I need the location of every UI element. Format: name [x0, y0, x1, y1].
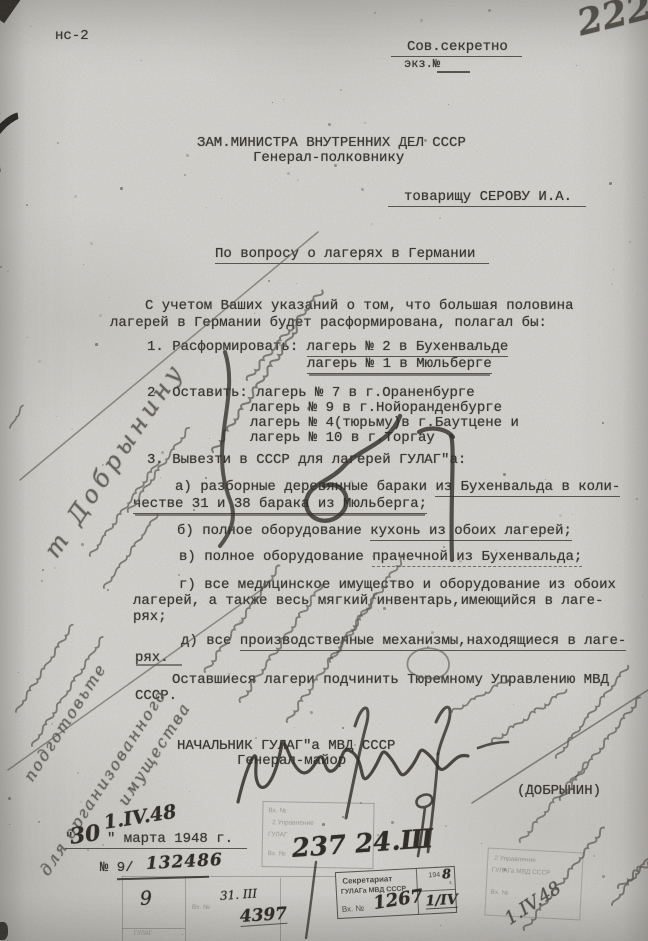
- dust-speck: [272, 102, 273, 103]
- dust-speck: [87, 849, 89, 851]
- secretariat-incoming-stamp: Секретариат ГУЛАГа МВД СССР Вх. № 194 8 …: [335, 866, 457, 919]
- item3a-line-1: а) разборные деревянные бараки из Бухенв…: [175, 480, 620, 495]
- corner-artifact-bottom-left: [0, 922, 8, 940]
- stamp-year-suffix: г.: [449, 880, 452, 886]
- dust-speck: [297, 179, 299, 181]
- dust-speck: [83, 264, 84, 265]
- outgoing-number-prefix: № 9/: [100, 861, 134, 876]
- item3b-prefix: б) полное оборудование: [177, 523, 370, 539]
- dust-speck: [477, 151, 478, 152]
- dust-speck: [374, 12, 376, 14]
- dust-speck: [8, 797, 11, 800]
- recipient-line-1: ЗАМ.МИНИСТРА ВНУТРЕННИХ ДЕЛ СССР: [197, 136, 466, 151]
- dust-speck: [209, 438, 210, 439]
- dust-speck: [38, 821, 40, 823]
- handwritten-margin-word-1: подготовьте: [21, 661, 109, 785]
- item3d-line-1: д) все производственные механизмы,находя…: [181, 634, 626, 649]
- dust-speck: [445, 825, 447, 827]
- dust-speck: [283, 99, 284, 100]
- handwritten-reg-number: 132486: [146, 852, 224, 873]
- dust-speck: [642, 595, 643, 596]
- form-code: нс-2: [55, 29, 89, 44]
- dust-speck: [221, 198, 222, 199]
- classification-text: Сов.секретно: [391, 39, 522, 57]
- dust-speck: [611, 283, 613, 285]
- faint-stamp-line-1: Вх. №: [268, 807, 286, 814]
- signer-name: (ДОБРЫНИН): [517, 784, 601, 799]
- faint-stamp-line-4: Вх. №: [268, 850, 286, 857]
- item3a-line2-text: честве 31 и 38 барака из Мюльберга;: [133, 496, 427, 514]
- dust-speck: [141, 60, 142, 61]
- dust-speck: [427, 765, 428, 766]
- item3a-line-2: честве 31 и 38 барака из Мюльберга;: [133, 497, 427, 512]
- item1-line-1: 1. Расформировать: лагерь № 2 в Бухенвал…: [147, 340, 508, 355]
- right-faint-stamp: 2 Управление ГУЛАГа МВД СССР Вх. №: [484, 848, 583, 921]
- dust-speck: [609, 182, 612, 185]
- dust-speck: [448, 104, 449, 105]
- recipient-line-2: Генерал-полковнику: [253, 151, 404, 166]
- dust-speck: [57, 142, 59, 144]
- dust-speck: [18, 672, 19, 673]
- dust-speck: [42, 569, 44, 571]
- dust-speck: [69, 3, 70, 4]
- dust-speck: [38, 360, 41, 363]
- dust-speck: [513, 704, 514, 705]
- dust-speck: [31, 26, 32, 27]
- faint-stamp-line-3: ГУЛАГ: [268, 831, 288, 838]
- dust-speck: [440, 925, 441, 926]
- item3a-underlined: из Бухенвальда в коли-: [435, 479, 620, 497]
- dust-speck: [328, 123, 331, 126]
- signer-title-1: НАЧАЛЬНИК ГУЛАГ"а МВД СССР: [177, 739, 395, 754]
- dust-speck: [54, 567, 56, 569]
- right-stamp-line-1: 2 Управление: [494, 855, 536, 864]
- item2-line-4: лагерь № 10 в г.Торгау: [250, 431, 435, 446]
- right-stamp-line-3: Вх. №: [490, 889, 508, 897]
- dust-speck: [439, 217, 441, 219]
- dust-speck: [109, 297, 110, 298]
- table-handwritten-9: 9: [139, 889, 152, 909]
- table-handwritten-number: 4397: [239, 906, 287, 927]
- dust-speck: [120, 187, 123, 190]
- scan-edge-artifact: [0, 102, 46, 182]
- item1-line-2: лагерь № 1 в Мюльберге: [307, 357, 492, 372]
- item3b-underlined: кухонь из обоих лагерей;: [370, 523, 572, 541]
- dust-speck: [644, 197, 645, 198]
- item3g-line-2: лагерей, а также весь мягкий инвентарь,и…: [133, 594, 603, 609]
- stamp-date-handwritten: 1/IV: [425, 893, 458, 910]
- stamp-year-label: 194: [428, 872, 440, 880]
- corner-artifact-top-left: [0, 0, 20, 23]
- intro-line-2: лагерей в Германии будет расформирована,…: [110, 316, 547, 331]
- dust-speck: [56, 416, 57, 417]
- table-faint-label: Вх. №: [192, 904, 210, 911]
- dust-speck: [378, 610, 379, 611]
- item3d-underlined: производственные механизмы,находящиеся в…: [240, 633, 626, 651]
- item3a-prefix: а) разборные деревянные бараки: [175, 479, 435, 495]
- dust-speck: [371, 223, 373, 225]
- item3g-line-3: рях;: [133, 610, 167, 625]
- item3b-line: б) полное оборудование кухонь из обоих л…: [177, 524, 572, 539]
- dust-speck: [488, 9, 491, 12]
- dust-speck: [206, 207, 207, 208]
- dust-speck: [310, 711, 313, 714]
- dust-speck: [420, 19, 423, 22]
- item3g-line-1: г) все медицинское имущество и оборудова…: [179, 578, 616, 593]
- faint-stamp-line-2: 2 Управление: [272, 819, 314, 827]
- dust-speck: [268, 280, 270, 282]
- copy-number-blank-line: [437, 71, 470, 73]
- item3v-line: в) полное оборудование прачечной из Бухе…: [179, 550, 582, 565]
- dust-speck: [342, 727, 344, 729]
- dust-speck: [90, 242, 93, 245]
- dust-speck: [186, 154, 189, 157]
- dust-speck: [629, 241, 631, 243]
- dust-speck: [41, 580, 43, 582]
- item3-heading: 3. Вывезти в СССР для лагерей ГУЛАГ"а:: [147, 453, 466, 468]
- item3d-underline-extension: [136, 664, 182, 666]
- dust-speck: [239, 620, 242, 623]
- dust-speck: [160, 477, 161, 478]
- faint-incoming-stamp: Вх. № 2 Управление ГУЛАГ Вх. №: [261, 801, 374, 869]
- dust-speck: [71, 428, 73, 430]
- item1-camp-muhlberg: лагерь № 1 в Мюльберге: [307, 356, 492, 374]
- stamp-org-line-1: Секретариат: [342, 874, 392, 886]
- dust-speck: [0, 266, 2, 268]
- subject-line: По вопросу о лагерях в Германии: [215, 247, 489, 262]
- table-handwritten-date: 31. III: [220, 887, 258, 902]
- classification-label: Сов.секретно: [391, 40, 522, 55]
- dust-speck: [95, 343, 98, 346]
- dust-speck: [74, 195, 77, 198]
- dust-speck: [361, 188, 364, 191]
- registration-table-stamp: Вх. № ГУЛАГ 9 31. III 4397: [122, 876, 336, 941]
- dust-speck: [189, 791, 190, 792]
- dust-speck: [387, 546, 388, 547]
- dust-speck: [0, 113, 1, 114]
- subject-text: По вопросу о лагерях в Германии: [215, 246, 489, 264]
- dust-speck: [593, 855, 595, 857]
- dust-speck: [294, 727, 295, 728]
- stamp-incoming-label: Вх. №: [342, 904, 365, 914]
- scanned-document-page: нс-2 Сов.секретно экз.№ ЗАМ.МИНИСТРА ВНУ…: [0, 0, 648, 941]
- item2-line-2: лагерь № 9 в г.Нойоранденбурге: [250, 401, 502, 416]
- dust-speck: [576, 65, 577, 66]
- dust-speck: [9, 824, 10, 825]
- dust-speck: [481, 843, 482, 844]
- dust-speck: [572, 514, 573, 515]
- dust-speck: [296, 283, 297, 284]
- item3d-prefix: д) все: [181, 633, 240, 649]
- dust-speck: [77, 772, 79, 774]
- dust-speck: [81, 543, 84, 546]
- dust-speck: [636, 498, 638, 500]
- item2-line-3: лагерь № 4(тюрьму)в г.Баутцене и: [250, 416, 519, 431]
- dust-speck: [107, 589, 109, 591]
- dust-speck: [602, 875, 605, 878]
- handwritten-date-day: 30: [68, 822, 101, 848]
- dust-speck: [637, 294, 638, 295]
- dust-speck: [7, 270, 9, 272]
- item4-line-1: Оставшиеся лагери подчинить Тюремному Уп…: [172, 673, 609, 688]
- intro-line-1: С учетом Ваших указаний о том, что больш…: [145, 299, 573, 314]
- dust-speck: [184, 174, 186, 176]
- recipient-line-3: товарищу СЕРОВУ И.А.: [388, 190, 586, 205]
- copy-number-label: экз.№: [404, 58, 440, 71]
- dust-speck: [469, 698, 470, 699]
- dust-speck: [391, 821, 394, 824]
- item3v-underlined: прачечной из Бухенвальда;: [372, 549, 582, 567]
- dust-speck: [364, 122, 366, 124]
- dust-speck: [26, 204, 28, 206]
- item1-prefix: 1. Расформировать:: [147, 339, 307, 355]
- table-faint-label-2: ГУЛАГ: [134, 931, 152, 937]
- signer-title-2: Генерал-майор: [237, 754, 346, 769]
- dust-speck: [287, 172, 290, 175]
- dust-speck: [613, 269, 614, 270]
- dust-speck: [178, 574, 180, 576]
- dust-speck: [340, 89, 342, 91]
- handwritten-date-note: 1.IV.48: [103, 803, 178, 833]
- dust-speck: [503, 473, 506, 476]
- dust-speck: [27, 337, 28, 338]
- item3v-prefix: в) полное оборудование: [179, 549, 372, 565]
- dust-speck: [602, 422, 604, 424]
- item2-camp-oranienburg: лагерь № 7 в г.Ораненбурге: [256, 385, 474, 401]
- dust-speck: [443, 546, 445, 548]
- item2-line-1: 2. Оставить: лагерь № 7 в г.Ораненбурге: [147, 386, 475, 401]
- item1-camp-buchenwald: лагерь № 2 в Бухенвальде: [307, 339, 509, 357]
- dust-speck: [429, 278, 430, 279]
- right-stamp-line-2: ГУЛАГа МВД СССР: [491, 867, 550, 877]
- handwritten-page-number: 222: [574, 0, 648, 41]
- recipient-name: товарищу СЕРОВУ И.А.: [388, 189, 586, 207]
- dust-speck: [559, 514, 562, 517]
- dust-speck: [99, 314, 102, 317]
